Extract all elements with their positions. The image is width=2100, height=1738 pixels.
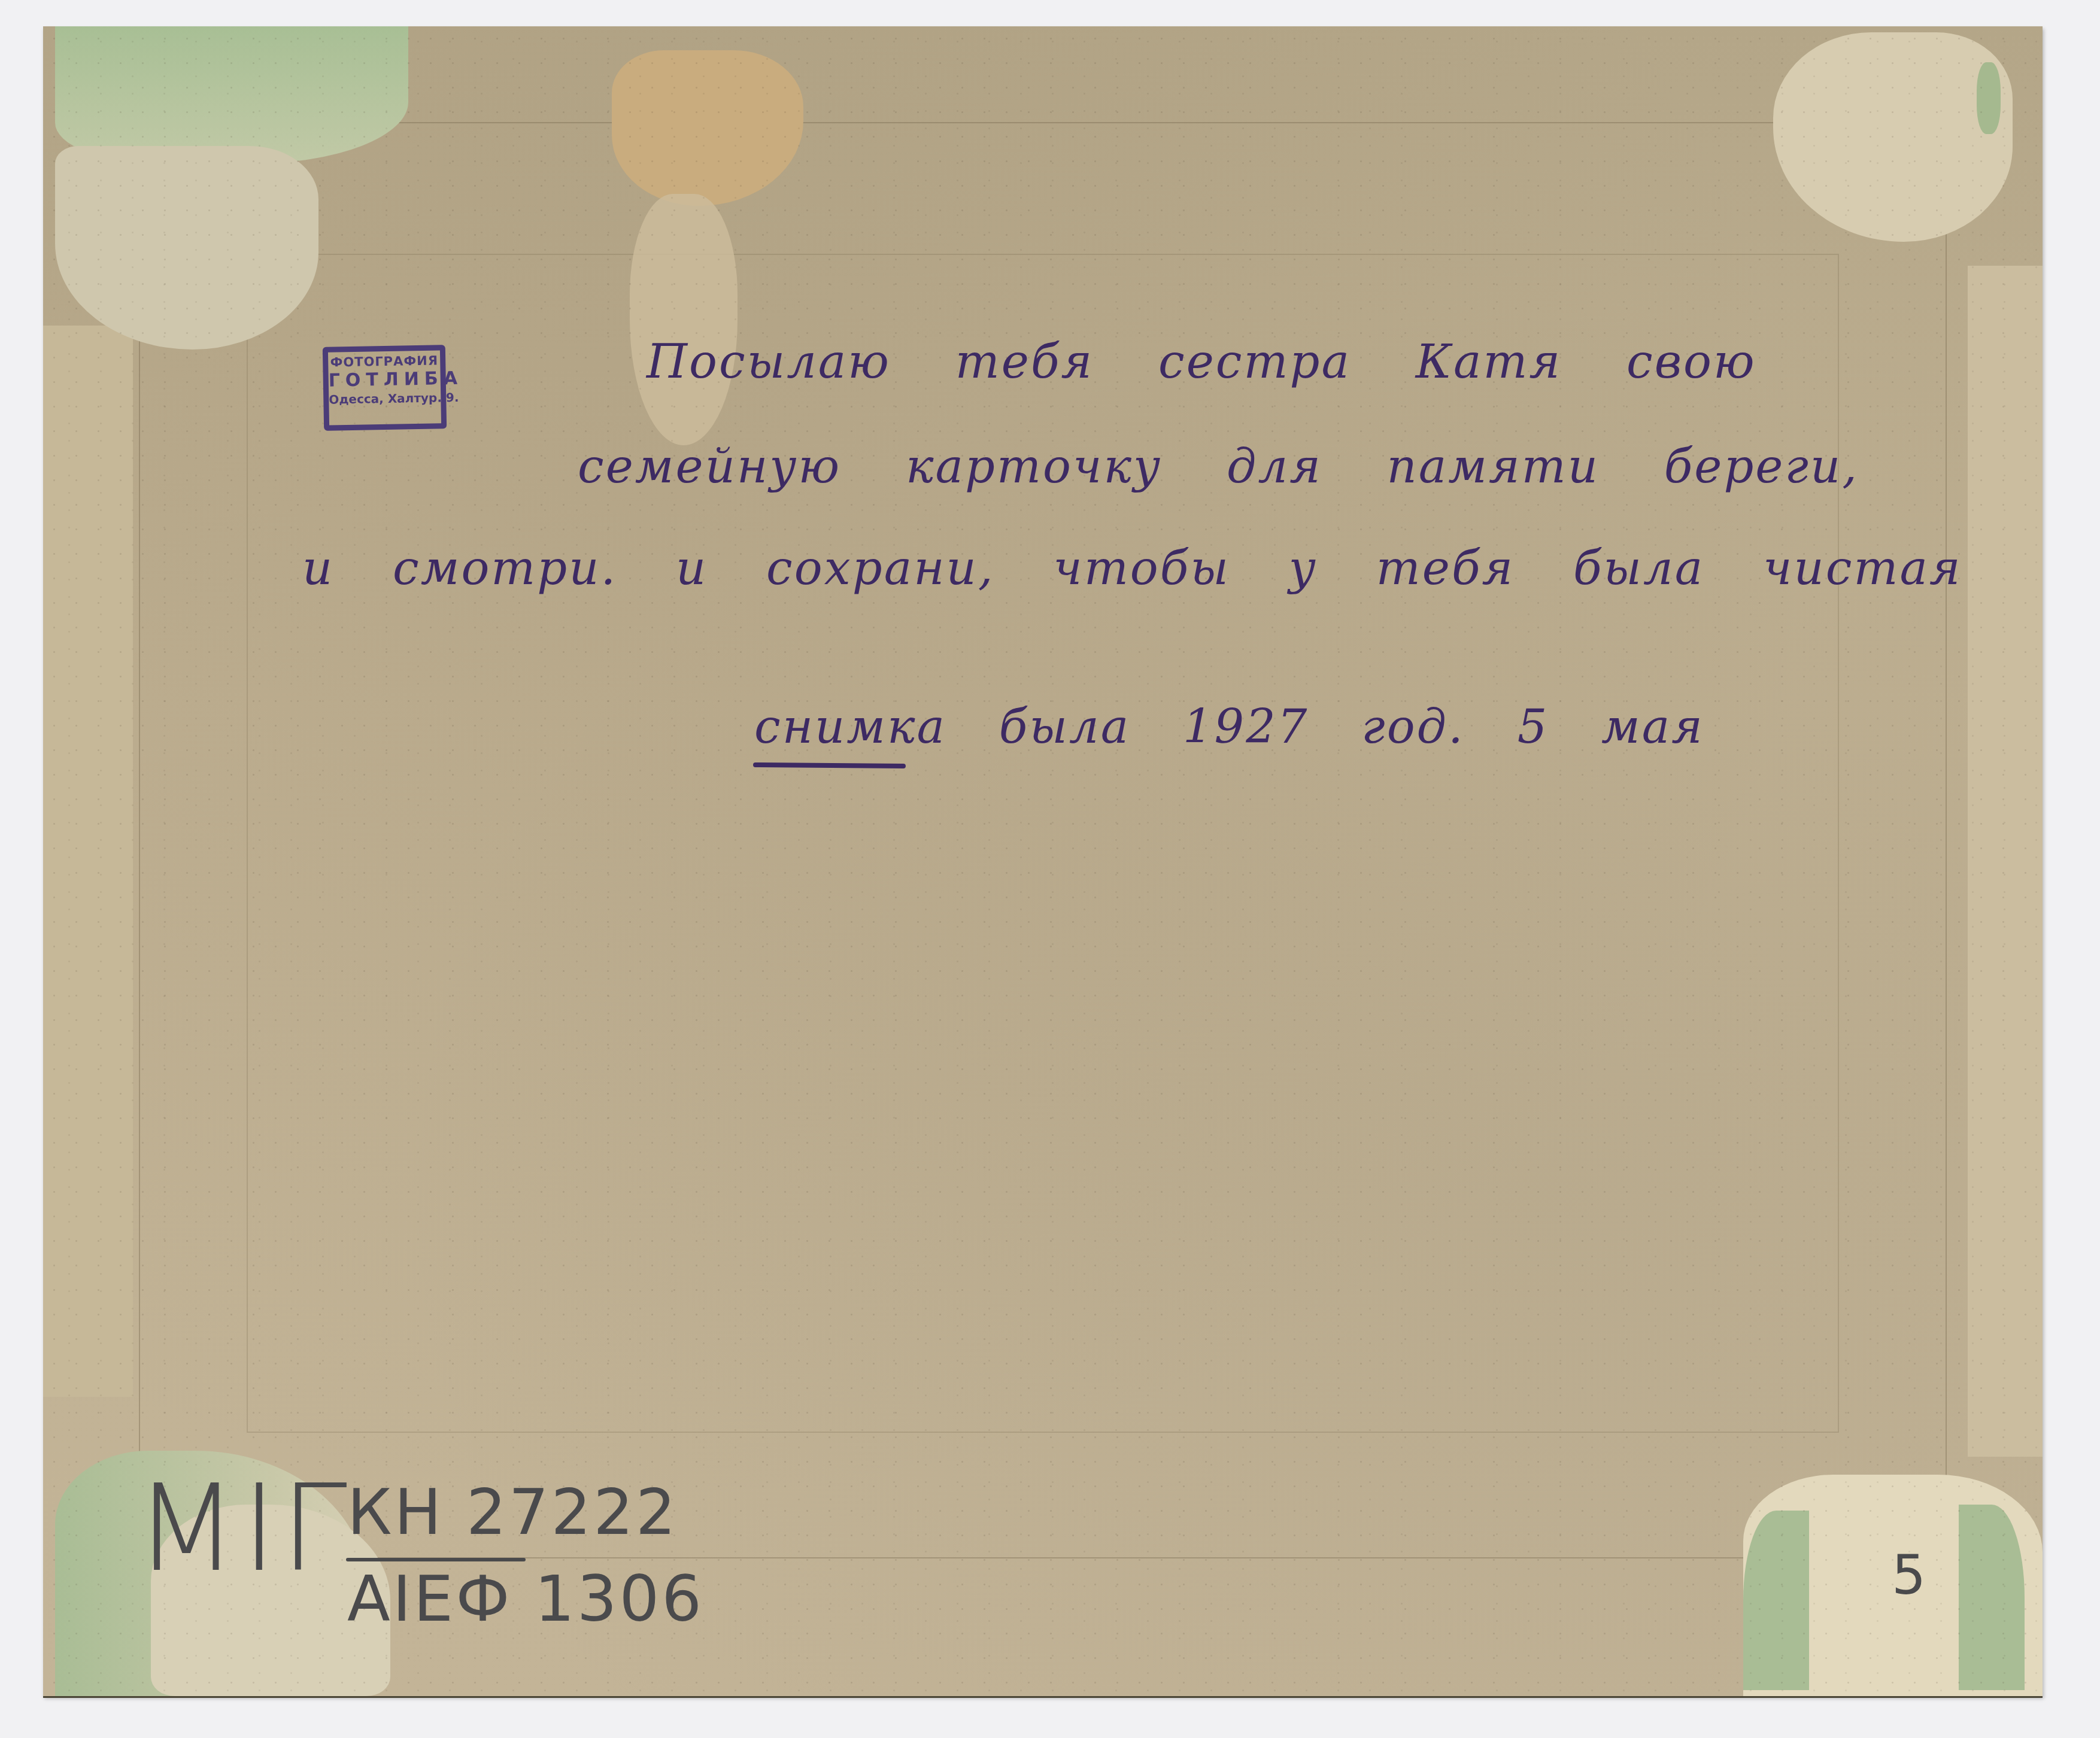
torn-paper-top-left-green <box>55 26 408 164</box>
inscription-line-2: семейную карточку для памяти береги, <box>578 440 1859 494</box>
inscription-date-line: снимка была 1927 год. 5 мая <box>754 700 1704 754</box>
left-border-strip <box>43 326 133 1397</box>
inscription-line-3: и смотри. и сохрани, чтобы у тебя была ч… <box>302 542 1962 595</box>
torn-paper-top-left-pale <box>55 146 318 350</box>
inscription-line-1: Посылаю тебя сестра Катя свою <box>647 335 1756 389</box>
stamp-title: ФОТОГРАФИЯ <box>328 353 440 370</box>
drip-stain-top-center <box>630 194 738 445</box>
stamp-studio-name: ГОТЛИБА <box>328 368 441 391</box>
embossed-frame-inner <box>247 254 1839 1433</box>
photographer-stamp: ФОТОГРАФИЯ ГОТЛИБА Одесса, Халтур. 9. <box>323 345 447 431</box>
inventory-divider <box>346 1558 526 1561</box>
green-residue-bottom-right-right <box>1959 1505 2025 1690</box>
photo-card-back <box>43 26 2043 1696</box>
green-residue-top-right <box>1977 62 2001 134</box>
inventory-number-1: КН 27222 <box>347 1481 678 1544</box>
right-border-strip <box>1968 266 2043 1457</box>
stamp-address: Одесса, Халтур. 9. <box>329 390 441 407</box>
museum-code: МІГ <box>135 1469 351 1589</box>
inventory-number-2: АІЕФ 1306 <box>347 1568 704 1631</box>
page-number: 5 <box>1892 1544 1926 1607</box>
green-residue-bottom-right-left <box>1743 1511 1809 1690</box>
